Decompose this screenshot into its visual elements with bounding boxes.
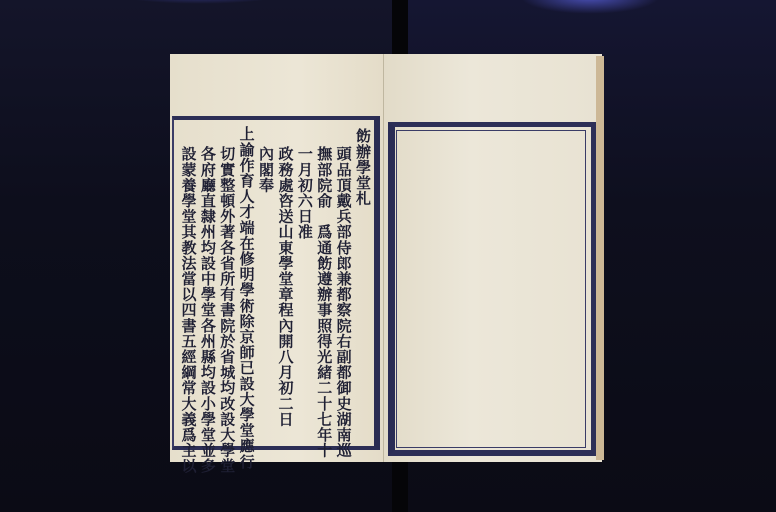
right-page-inner-border: [396, 130, 586, 448]
text-column: 設蒙養學堂其教法當以四書五經綱常大義爲主以: [178, 146, 197, 440]
text-column: 各府廳直隸州均設中學堂各州縣均設小學堂並多: [197, 146, 216, 440]
text-column: 撫部院俞 爲通飭遵辦事照得光緒二十七年十: [314, 146, 333, 440]
left-page-text: 飭辦學堂札 頭品頂戴兵部侍郎兼都察院右副都御史湖南巡 撫部院俞 爲通飭遵辦事照得…: [178, 120, 372, 440]
open-book: 飭辦學堂札 頭品頂戴兵部侍郎兼都察院右副都御史湖南巡 撫部院俞 爲通飭遵辦事照得…: [170, 54, 604, 464]
text-column: 政務處咨送山東學堂章程內開八月初二日: [275, 146, 294, 440]
text-column: 切實整頓外著各省所有書院於省城均改設大學堂: [217, 146, 236, 440]
text-column: 上諭作育人才端在修明學術除京師已設大學堂應行: [236, 126, 255, 440]
text-column: 一月初六日准: [294, 146, 313, 440]
text-column: 頭品頂戴兵部侍郎兼都察院右副都御史湖南巡: [333, 146, 352, 440]
left-page: 飭辦學堂札 頭品頂戴兵部侍郎兼都察院右副都御史湖南巡 撫部院俞 爲通飭遵辦事照得…: [170, 54, 384, 462]
text-column-title: 飭辦學堂札: [353, 128, 372, 440]
page-edge: [596, 56, 604, 460]
text-column: 內閣奉: [256, 146, 275, 440]
